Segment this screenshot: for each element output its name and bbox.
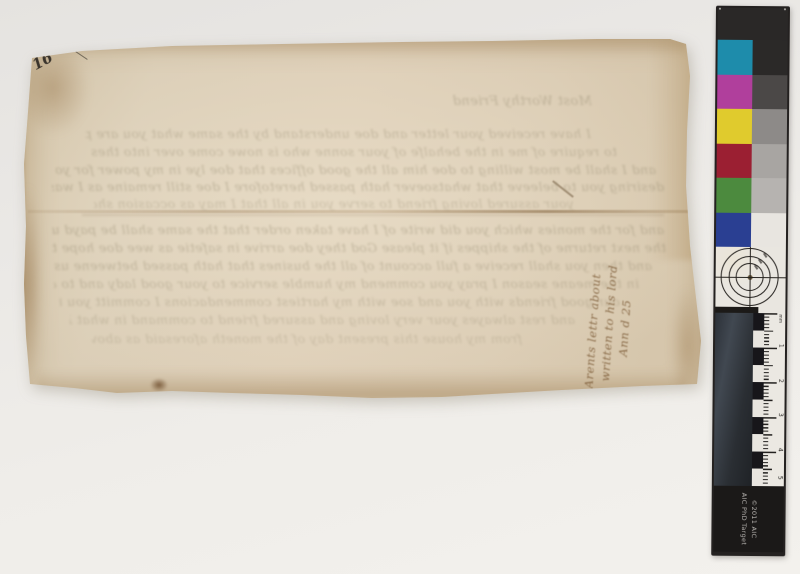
ruler-number: 4 — [777, 448, 784, 452]
patch-row — [716, 178, 786, 213]
ghost-writing-line: and rest alwayes your very loving and as… — [70, 312, 575, 327]
color-calibration-target: mm 1 2 3 4 5 ©2011 AIC AIC PhD Target — [711, 6, 790, 557]
mm-tick-scale: mm 1 2 3 4 5 — [763, 313, 786, 486]
ghost-writing-line: your assured loving friend to serve you … — [94, 196, 574, 211]
ruler-scale: mm 1 2 3 4 5 — [714, 313, 786, 487]
ghost-writing-line: from my house this present day of the mo… — [92, 331, 522, 346]
ghost-writing-line: to require of me in the behalfe of your … — [92, 144, 617, 159]
patch-black-2 — [752, 40, 787, 75]
paper-stain — [12, 184, 42, 384]
ruler-unit-label: mm — [777, 314, 782, 323]
glossy-strip — [714, 313, 754, 486]
ruler-number: 5 — [776, 476, 783, 480]
paper-sheet: 16 Most Worthy Friend I have received yo… — [22, 36, 704, 402]
patch-row — [717, 40, 787, 75]
patch-gray-light — [751, 143, 786, 178]
paper-stain — [670, 286, 704, 406]
patch-row — [717, 74, 787, 109]
ghost-writing-line: in the meane season I pray you commend m… — [54, 276, 639, 291]
target-footer-text: ©2011 AIC AIC PhD Target — [738, 489, 759, 549]
target-name-label: AIC PhD Target — [738, 489, 749, 549]
ghost-writing-line: I have received your letter and doe unde… — [86, 126, 591, 141]
ghost-writing-line: Most Worthy Friend — [450, 94, 592, 109]
ghost-writing-line: and I shall be most willing to doe him a… — [56, 162, 656, 177]
ink-stroke — [60, 41, 87, 60]
patch-black — [718, 8, 788, 41]
patch-white — [751, 212, 786, 247]
ghost-writing-line: and then you shall receive a full accoun… — [52, 258, 652, 273]
fold-crease-shadow — [82, 214, 664, 216]
ghost-writing-line: our good friends with you and soe with m… — [60, 294, 620, 309]
patch-dark-red — [717, 143, 752, 178]
patch-cyan — [717, 40, 752, 75]
paper-edge-toning — [36, 38, 686, 56]
ruler-number: 1 — [778, 344, 785, 348]
patch-green — [716, 178, 751, 213]
patch-row — [717, 143, 787, 178]
ruler-number: 2 — [777, 379, 784, 383]
ghost-writing-line: desiring you to beleeve that whatsoever … — [52, 179, 664, 194]
ghost-writing-line: the next returne of the shippes if it pl… — [52, 240, 666, 255]
photo-backdrop: 16 Most Worthy Friend I have received yo… — [0, 0, 800, 574]
ghost-writing-line: and for the monies which you did write o… — [52, 222, 664, 237]
manuscript-document: 16 Most Worthy Friend I have received yo… — [22, 36, 704, 402]
patch-silver — [751, 178, 786, 213]
bullseye-target — [715, 247, 786, 314]
paper-stain — [150, 378, 168, 392]
patch-yellow — [717, 109, 752, 144]
patch-gray-dark — [752, 74, 787, 109]
target-footer: ©2011 AIC AIC PhD Target — [713, 486, 784, 553]
mount-pin-dot — [784, 8, 786, 10]
patch-gray-mid — [752, 109, 787, 144]
patch-blue — [716, 212, 751, 247]
patch-row — [717, 109, 787, 144]
calibration-target-body: mm 1 2 3 4 5 ©2011 AIC AIC PhD Target — [711, 6, 790, 557]
target-copyright-label: ©2011 AIC — [748, 489, 759, 549]
patch-row — [716, 212, 786, 247]
mount-pin-dot — [719, 8, 721, 10]
endorsement-note: Arents lettr about written to his lord A… — [581, 198, 652, 392]
patch-magenta — [717, 74, 752, 109]
ruler-number: 3 — [777, 413, 784, 417]
archival-number-notation: 16 — [29, 48, 56, 74]
